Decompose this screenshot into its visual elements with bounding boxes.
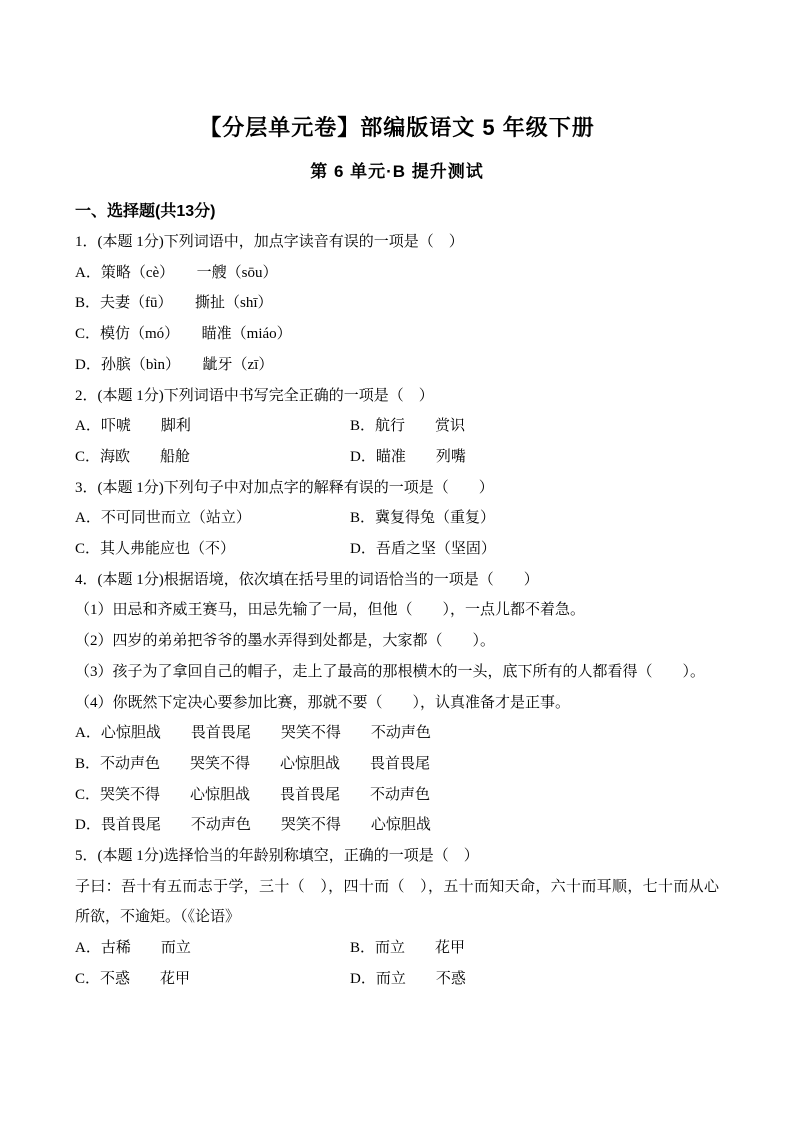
- option-c: C．模仿（mó） 瞄准（miáo）: [75, 319, 719, 350]
- question-stem: 1．(本题 1分)下列词语中，加点字读音有误的一项是（ ）: [75, 227, 719, 258]
- option-b: B．而立 花甲: [350, 933, 719, 964]
- option-b: B．夫妻（fū） 撕扯（shī）: [75, 288, 719, 319]
- option-a: A．策略（cè） 一艘（sōu）: [75, 258, 719, 289]
- option-row: C．其人弗能应也（不） D．吾盾之坚（坚固）: [75, 534, 719, 565]
- option-d: D．而立 不惑: [350, 964, 719, 995]
- option-a: A．吓唬 脚利: [75, 411, 350, 442]
- option-a: A．心惊胆战 畏首畏尾 哭笑不得 不动声色: [75, 718, 719, 749]
- document-page: 【分层单元卷】部编版语文 5 年级下册 第 6 单元·B 提升测试 一、选择题(…: [0, 0, 794, 1123]
- sub-item-3: （3）孩子为了拿回自己的帽子，走上了最高的那根横木的一头，底下所有的人都看得（ …: [75, 657, 719, 688]
- sub-item-4: （4）你既然下定决心要参加比赛，那就不要（ ），认真准备才是正事。: [75, 688, 719, 719]
- option-c: C．不惑 花甲: [75, 964, 350, 995]
- option-d: D．孙膑（bìn） 龇牙（zī）: [75, 350, 719, 381]
- option-c: C．其人弗能应也（不）: [75, 534, 350, 565]
- option-row: C．海欧 船舱 D．瞄准 列嘴: [75, 442, 719, 473]
- option-b: B．冀复得兔（重复）: [350, 503, 719, 534]
- document-body: 一、选择题(共13分) 1．(本题 1分)下列词语中，加点字读音有误的一项是（ …: [75, 196, 719, 995]
- document-subtitle: 第 6 单元·B 提升测试: [75, 160, 719, 184]
- option-a: A．不可同世而立（站立）: [75, 503, 350, 534]
- section-heading: 一、选择题(共13分): [75, 196, 719, 227]
- question-1: 1．(本题 1分)下列词语中，加点字读音有误的一项是（ ） A．策略（cè） 一…: [75, 227, 719, 381]
- question-4: 4．(本题 1分)根据语境，依次填在括号里的词语恰当的一项是（ ） （1）田忌和…: [75, 565, 719, 841]
- option-d: D．吾盾之坚（坚固）: [350, 534, 719, 565]
- question-2: 2．(本题 1分)下列词语中书写完全正确的一项是（ ） A．吓唬 脚利 B．航行…: [75, 381, 719, 473]
- option-row: A．古稀 而立 B．而立 花甲: [75, 933, 719, 964]
- option-row: A．吓唬 脚利 B．航行 赏识: [75, 411, 719, 442]
- option-a: A．古稀 而立: [75, 933, 350, 964]
- question-stem: 3．(本题 1分)下列句子中对加点字的解释有误的一项是（ ）: [75, 473, 719, 504]
- question-stem: 5．(本题 1分)选择恰当的年龄别称填空，正确的一项是（ ）: [75, 841, 719, 872]
- question-5: 5．(本题 1分)选择恰当的年龄别称填空，正确的一项是（ ） 子曰：吾十有五而志…: [75, 841, 719, 995]
- option-row: A．不可同世而立（站立） B．冀复得兔（重复）: [75, 503, 719, 534]
- question-passage: 子曰：吾十有五而志于学，三十（ ），四十而（ ），五十而知天命，六十而耳顺，七十…: [75, 872, 719, 933]
- option-d: D．畏首畏尾 不动声色 哭笑不得 心惊胆战: [75, 810, 719, 841]
- question-stem: 4．(本题 1分)根据语境，依次填在括号里的词语恰当的一项是（ ）: [75, 565, 719, 596]
- document-title: 【分层单元卷】部编版语文 5 年级下册: [75, 112, 719, 144]
- sub-item-2: （2）四岁的弟弟把爷爷的墨水弄得到处都是，大家都（ ）。: [75, 626, 719, 657]
- option-b: B．航行 赏识: [350, 411, 719, 442]
- option-row: C．不惑 花甲 D．而立 不惑: [75, 964, 719, 995]
- option-d: D．瞄准 列嘴: [350, 442, 719, 473]
- question-stem: 2．(本题 1分)下列词语中书写完全正确的一项是（ ）: [75, 381, 719, 412]
- option-c: C．哭笑不得 心惊胆战 畏首畏尾 不动声色: [75, 780, 719, 811]
- option-c: C．海欧 船舱: [75, 442, 350, 473]
- question-3: 3．(本题 1分)下列句子中对加点字的解释有误的一项是（ ） A．不可同世而立（…: [75, 473, 719, 565]
- option-b: B．不动声色 哭笑不得 心惊胆战 畏首畏尾: [75, 749, 719, 780]
- sub-item-1: （1）田忌和齐威王赛马，田忌先输了一局，但他（ ），一点儿都不着急。: [75, 595, 719, 626]
